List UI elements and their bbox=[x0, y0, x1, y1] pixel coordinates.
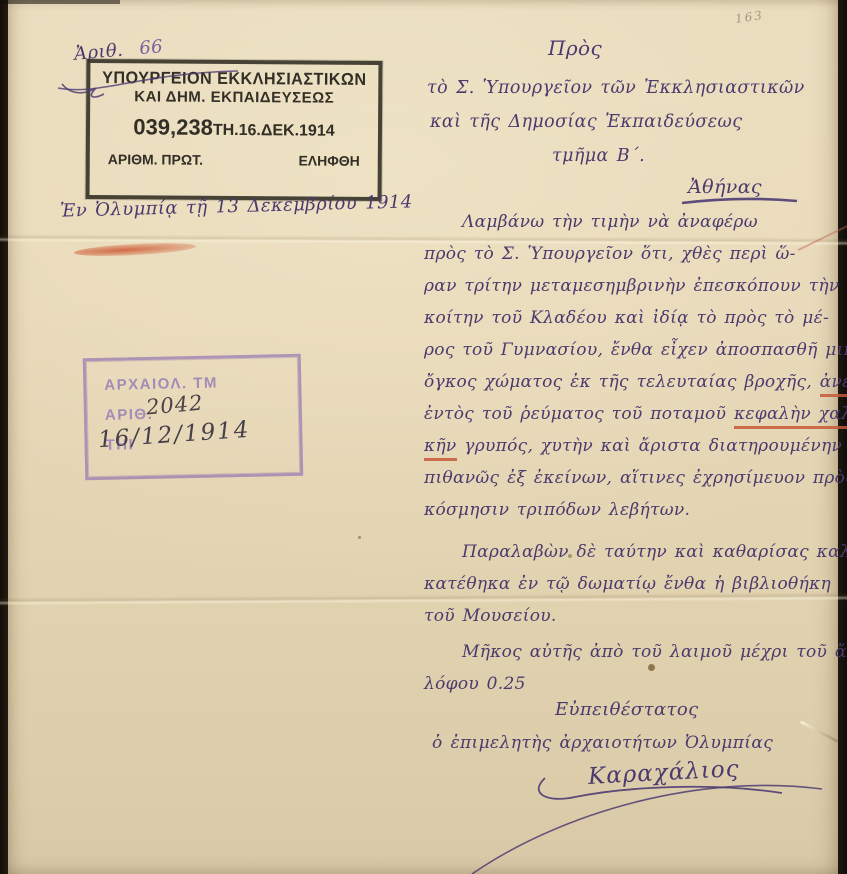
red-underlined-text: κῆν bbox=[424, 436, 457, 461]
stamp-line1: ΥΠΟΥΡΓΕΙΟΝ ΕΚΚΛΗΣΙΑΣΤΙΚΩΝ bbox=[97, 68, 371, 90]
paper-speck bbox=[358, 536, 361, 539]
body-line: κοίτην τοῦ Κλαδέου καὶ ἰδίᾳ τὸ πρὸς τὸ μ… bbox=[424, 302, 840, 334]
body-line: κατέθηκα ἐν τῷ δωματίῳ ἔνθα ἡ βιβλιοθήκη bbox=[424, 568, 840, 600]
archaeology-dept-stamp: ΑΡΧΑΙΟΛ. ΤΜ ΑΡΙΘ. ΤΗΙ bbox=[83, 354, 304, 481]
body-text-segment: ἐντὸς τοῦ ῥεύματος τοῦ ποταμοῦ bbox=[424, 404, 734, 424]
body-paragraph-2: Παραλαβὼν δὲ ταύτην καὶ καθαρίσας καλῶς … bbox=[424, 536, 840, 632]
scan-edge-top-left bbox=[0, 0, 120, 4]
body-line: κόσμησιν τριπόδων λεβήτων. bbox=[424, 494, 840, 526]
closing-valediction: Εὐπειθέστατος bbox=[555, 699, 699, 720]
ministry-receipt-stamp: ΥΠΟΥΡΓΕΙΟΝ ΕΚΚΛΗΣΙΑΣΤΙΚΩΝ ΚΑΙ ΔΗΜ. ΕΚΠΑΙ… bbox=[86, 59, 383, 201]
red-underlined-text: κεφαλὴν χαλ- bbox=[734, 404, 847, 429]
body-text-segment: γρυπός, χυτὴν καὶ ἄριστα διατηρουμένην bbox=[457, 436, 843, 456]
stamp-label-received: ΕΛΗΦΘΗ bbox=[298, 152, 359, 168]
recipient-line1: τὸ Σ. Ὑπουργεῖον τῶν Ἐκκλησιαστικῶν bbox=[427, 78, 805, 98]
red-underlined-text: ἀνεῦρον bbox=[820, 372, 847, 397]
body-paragraph-1: Λαμβάνω τὴν τιμὴν νὰ ἀναφέρω πρὸς τὸ Σ. … bbox=[424, 206, 840, 526]
body-line: ραν τρίτην μεταμεσημβρινὴν ἐπεσκόπουν τὴ… bbox=[424, 270, 840, 302]
stamp-number-line: 039,238ΤΗ.16.ΔΕΚ.1914 bbox=[90, 114, 378, 142]
body-paragraph-3: Μῆκος αὐτῆς ἀπὸ τοῦ λαιμοῦ μέχρι τοῦ ἄκρ… bbox=[424, 636, 840, 700]
body-line: κῆν γρυπός, χυτὴν καὶ ἄριστα διατηρουμέν… bbox=[424, 430, 840, 462]
ref-note-number: 66 bbox=[138, 36, 163, 59]
recipient-section: τμῆμα Β΄. bbox=[552, 146, 645, 166]
body-line: Παραλαβὼν δὲ ταύτην καὶ καθαρίσας καλῶς bbox=[424, 536, 840, 568]
stamp-label-protocol: ΑΡΙΘΜ. ΠΡΩΤ. bbox=[108, 151, 203, 168]
recipient-city: Ἀθήνας bbox=[688, 176, 762, 198]
body-line: πρὸς τὸ Σ. Ὑπουργεῖον ὅτι, χθὲς περὶ ὥ- bbox=[424, 238, 840, 270]
body-line: Λαμβάνω τὴν τιμὴν νὰ ἀναφέρω bbox=[424, 206, 840, 238]
recipient-line2: καὶ τῆς Δημοσίας Ἐκπαιδεύσεως bbox=[430, 112, 742, 132]
body-line: ρος τοῦ Γυμνασίου, ἔνθα εἶχεν ἀποσπασθῆ … bbox=[424, 334, 840, 366]
stamp-line2: ΚΑΙ ΔΗΜ. ΕΚΠΑΙΔΕΥΣΕΩΣ bbox=[90, 88, 378, 107]
body-line: ὄγκος χώματος ἐκ τῆς τελευταίας βροχῆς, … bbox=[424, 366, 840, 398]
archive-number-handwritten: 2042 bbox=[145, 391, 204, 420]
body-line: λόφου 0.25 bbox=[424, 668, 840, 700]
body-line: ἐντὸς τοῦ ῥεύματος τοῦ ποταμοῦ κεφαλὴν χ… bbox=[424, 398, 840, 430]
scan-edge-left bbox=[0, 0, 8, 874]
stamp-labels-row: ΑΡΙΘΜ. ΠΡΩΤ. ΕΛΗΦΘΗ bbox=[90, 151, 378, 169]
scanned-letter: 163 Ἀριθ. 66 ΥΠΟΥΡΓΕΙΟΝ ΕΚΚΛΗΣΙΑΣΤΙΚΩΝ Κ… bbox=[0, 0, 847, 874]
body-line: Μῆκος αὐτῆς ἀπὸ τοῦ λαιμοῦ μέχρι τοῦ ἄκρ… bbox=[424, 636, 840, 668]
body-line: τοῦ Μουσείου. bbox=[424, 600, 840, 632]
body-text-segment: ὄγκος χώματος ἐκ τῆς τελευταίας βροχῆς, bbox=[424, 372, 820, 392]
stamp-protocol-number: 039,238 bbox=[133, 114, 213, 140]
stamp-date: ΤΗ.16.ΔΕΚ.1914 bbox=[213, 122, 335, 140]
closing-title: ὁ ἐπιμελητὴς ἀρχαιοτήτων Ὀλυμπίας bbox=[432, 733, 773, 753]
body-line: πιθανῶς ἐξ ἐκείνων, αἵτινες ἐχρησίμευον … bbox=[424, 462, 840, 494]
recipient-salutation: Πρὸς bbox=[548, 36, 602, 60]
